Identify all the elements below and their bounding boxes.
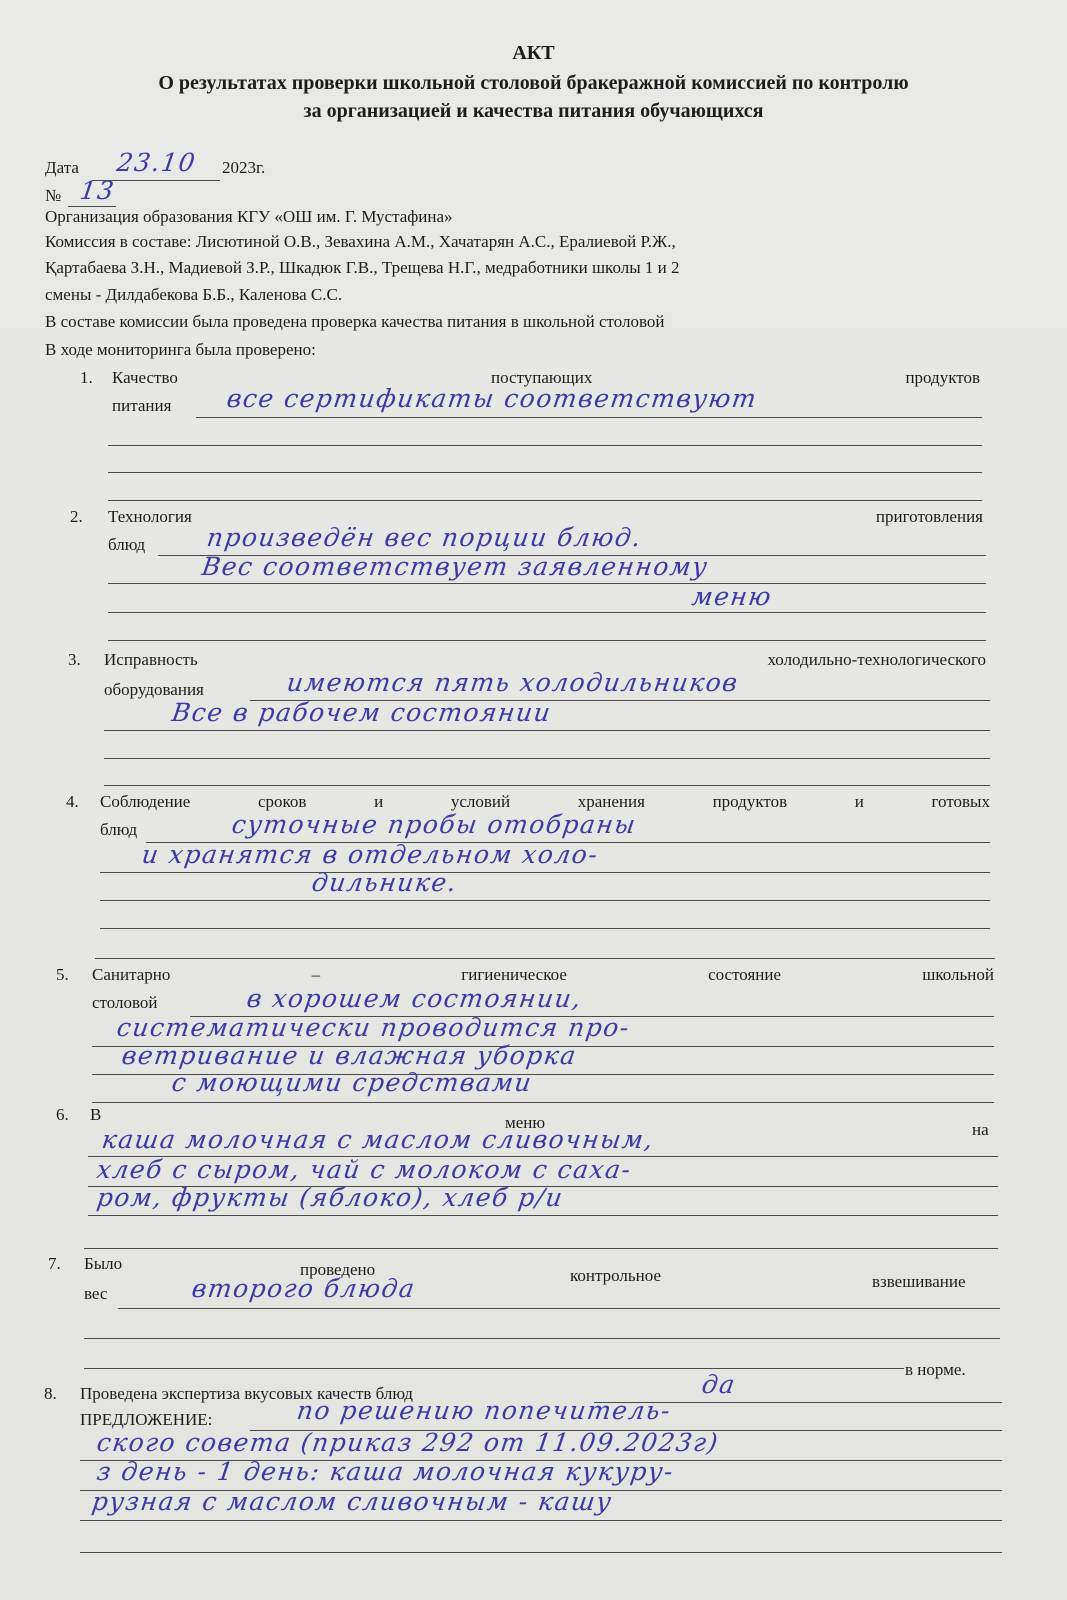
section-4-answer-line1: суточные пробы отобраны bbox=[230, 810, 638, 839]
section-3-answer-line2: Все в рабочем состоянии bbox=[170, 698, 553, 727]
section-4-label: блюд bbox=[100, 820, 137, 840]
section-2-answer-line2: Вес соответствует заявленному bbox=[200, 552, 710, 581]
proposal-line1: по решению попечитель- bbox=[295, 1396, 673, 1425]
section-7-word-3: контрольное bbox=[570, 1266, 661, 1286]
section-1-label: питания bbox=[112, 396, 171, 416]
section-6-answer-line2: хлеб с сыром, чай с молоком с саха- bbox=[95, 1155, 634, 1184]
section-3-heading: Исправность холодильно-технологического bbox=[104, 650, 986, 670]
document-subtitle-line2: за организацией и качества питания обуча… bbox=[0, 100, 1067, 123]
section-6-number: 6. bbox=[56, 1105, 69, 1125]
section-7-suffix: в норме. bbox=[905, 1360, 966, 1380]
section-2-number: 2. bbox=[70, 507, 83, 527]
section-5-answer-line2: систематически проводится про- bbox=[115, 1013, 632, 1042]
date-suffix: 2023г. bbox=[222, 158, 265, 178]
section-6-word-na: на bbox=[972, 1120, 989, 1140]
proposal-line3: з день - 1 день: каша молочная кукуру- bbox=[95, 1457, 676, 1486]
date-label: Дата bbox=[45, 158, 79, 178]
section-3-answer-line1: имеются пять холодильников bbox=[285, 668, 741, 697]
monitoring-note: В ходе мониторинга была проверено: bbox=[45, 340, 316, 360]
section-7-number: 7. bbox=[48, 1254, 61, 1274]
section-6-word-v: В bbox=[90, 1105, 101, 1125]
section-6-answer-line1: каша молочная с маслом сливочным, bbox=[100, 1125, 656, 1154]
commission-line3: смены - Дилдабекова Б.Б., Каленова С.С. bbox=[45, 285, 342, 305]
document-subtitle-line1: О результатах проверки школьной столовой… bbox=[0, 72, 1067, 95]
section-5-heading: Санитарно – гигиеническое состояние школ… bbox=[92, 965, 994, 985]
section-8-value: да bbox=[700, 1370, 738, 1399]
document-title: АКТ bbox=[0, 42, 1067, 65]
section-6-answer-line3: ром, фрукты (яблоко), хлеб р/и bbox=[95, 1183, 565, 1212]
section-8-number: 8. bbox=[44, 1384, 57, 1404]
proposal-label: ПРЕДЛОЖЕНИЕ: bbox=[80, 1410, 212, 1430]
number-label: № bbox=[45, 186, 61, 206]
commission-line1: Комиссия в составе: Лисютиной О.В., Зева… bbox=[45, 232, 676, 252]
section-7-answer-line1: второго блюда bbox=[190, 1274, 418, 1303]
section-2-answer-line1: произведён вес порции блюд. bbox=[205, 523, 644, 552]
section-7-word-1: Было bbox=[84, 1254, 122, 1274]
section-2-answer-line3: меню bbox=[690, 582, 774, 611]
section-2-label: блюд bbox=[108, 535, 145, 555]
section-5-answer-line3: ветривание и влажная уборка bbox=[120, 1041, 579, 1070]
section-3-label: оборудования bbox=[104, 680, 204, 700]
section-7-label: вес bbox=[84, 1284, 107, 1304]
commission-line2: Қартабаева З.Н., Мадиевой З.Р., Шкадюк Г… bbox=[45, 258, 680, 278]
number-value: 13 bbox=[78, 176, 117, 205]
section-7-word-4: взвешивание bbox=[872, 1272, 966, 1292]
organization: Организация образования КГУ «ОШ им. Г. М… bbox=[45, 207, 453, 227]
proposal-line2: ского совета (приказ 292 от 11.09.2023г) bbox=[95, 1428, 721, 1457]
section-5-answer-line1: в хорошем состоянии, bbox=[245, 984, 584, 1013]
section-4-answer-line3: дильнике. bbox=[310, 868, 459, 897]
proposal-line4: рузная с маслом сливочным - кашу bbox=[90, 1487, 614, 1516]
section-1-number: 1. bbox=[80, 368, 93, 388]
section-5-answer-line4: с моющими средствами bbox=[170, 1068, 534, 1097]
section-1-answer-line1: все сертификаты соответствуют bbox=[225, 384, 759, 413]
section-4-number: 4. bbox=[66, 792, 79, 812]
section-5-label: столовой bbox=[92, 993, 158, 1013]
date-value: 23.10 bbox=[115, 148, 198, 177]
section-5-number: 5. bbox=[56, 965, 69, 985]
section-4-heading: Соблюдение сроков и условий хранения про… bbox=[100, 792, 990, 812]
section-3-number: 3. bbox=[68, 650, 81, 670]
section-4-answer-line2: и хранятся в отдельном холо- bbox=[140, 840, 601, 869]
check-note: В составе комиссии была проведена провер… bbox=[45, 312, 664, 332]
